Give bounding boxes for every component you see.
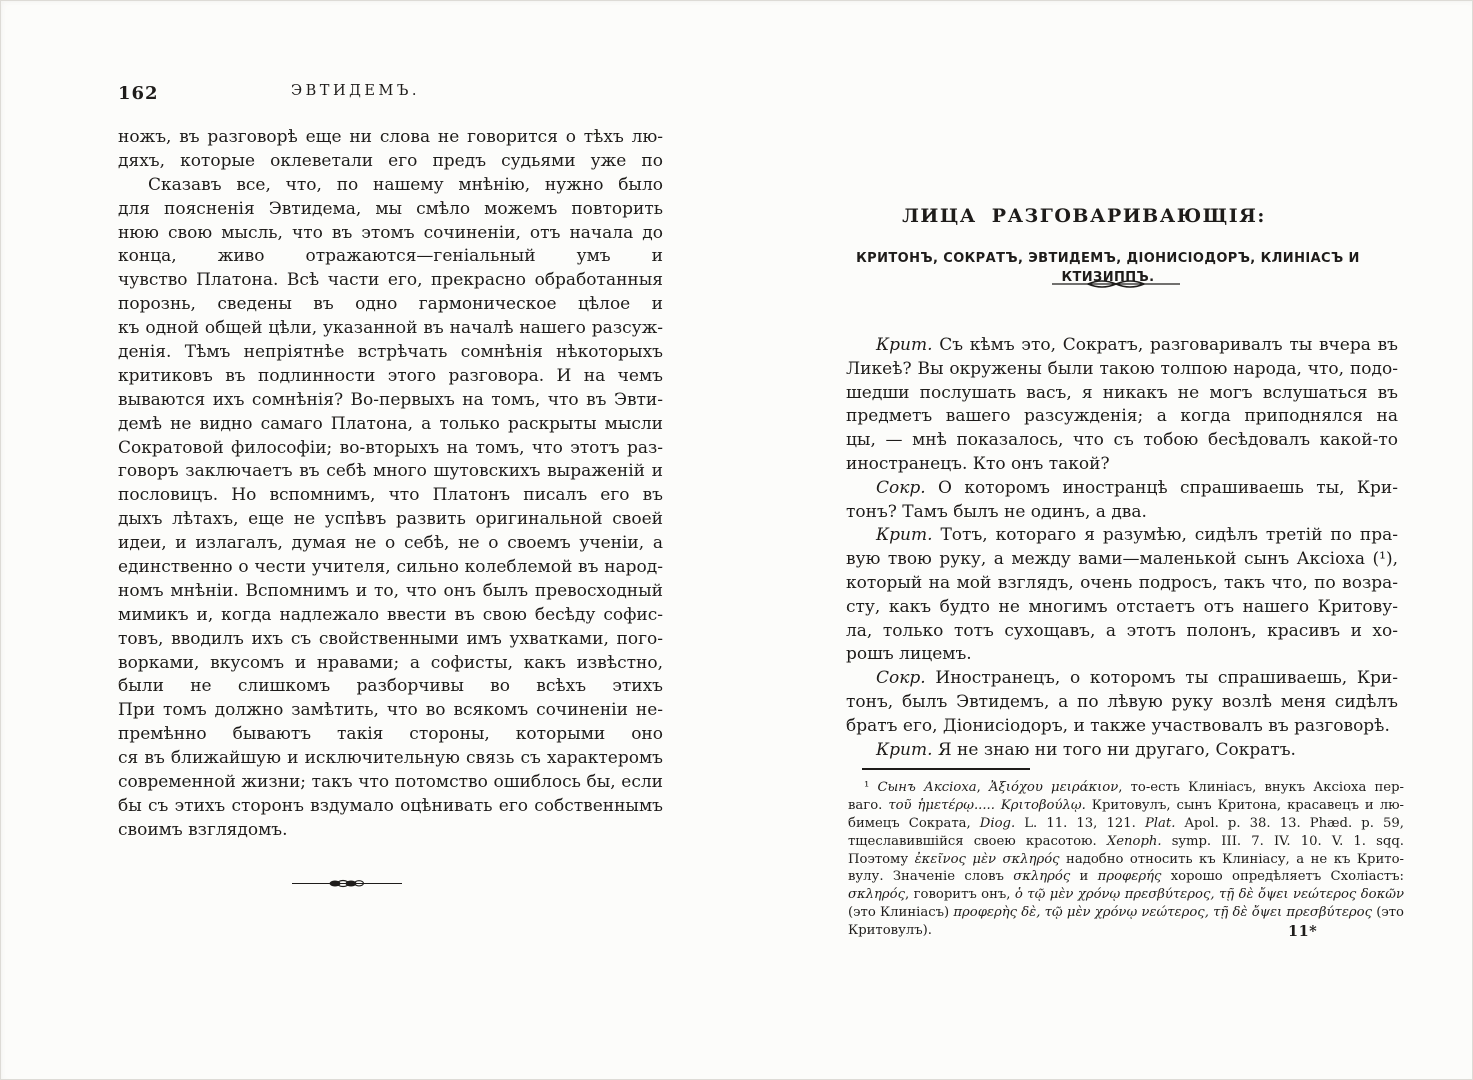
text-line: Сократовой философіи; во-вторыхъ на томъ… <box>118 437 663 461</box>
text-line: порознь, сведены въ одно гармоническое ц… <box>118 293 663 317</box>
left-page-header: 162 ЭВТИДЕМЪ. <box>118 83 663 107</box>
dialogue-line: братъ его, Діонисіодоръ, и также участво… <box>846 715 1398 739</box>
footnote-line: вулу. Значеніе словъ σκληρός и προφερής … <box>848 868 1404 886</box>
left-page-body-text: ножъ, въ разговорѣ еще ни слова не говор… <box>118 126 663 843</box>
text-line: дыхъ лѣтахъ, еще не успѣвъ развить ориги… <box>118 508 663 532</box>
text-line: номъ мнѣніи. Вспомнимъ и то, что онъ был… <box>118 580 663 604</box>
dialogue-line: Крит. Съ кѣмъ это, Сократъ, разговаривал… <box>846 334 1398 358</box>
dialogue-heading: ЛИЦА РАЗГОВАРИВАЮЩІЯ: <box>846 205 1398 227</box>
text-line: товъ, вводилъ ихъ съ свойственными имъ у… <box>118 628 663 652</box>
text-line: дяхъ, которые оклеветали его предъ судья… <box>118 150 663 174</box>
dialogue-line: Сокр. О которомъ иностранцѣ спрашиваешь … <box>846 477 1398 501</box>
signature-mark: 11* <box>1288 923 1317 940</box>
section-end-ornament <box>118 874 663 893</box>
dialogue-line: предметъ вашего разсужденія; а когда при… <box>846 405 1398 429</box>
text-line: нюю свою мысль, что въ этомъ сочиненіи, … <box>118 222 663 246</box>
text-line: современной жизни; такъ что потомство ош… <box>118 771 663 795</box>
double-lens-rule-ornament <box>1052 277 1180 291</box>
footnote-line: бимецъ Сократа, Diog. L. 11. 13, 121. Pl… <box>848 815 1404 833</box>
dialogue-line: Сокр. Иностранецъ, о которомъ ты спрашив… <box>846 667 1398 691</box>
footnote-line: тщеславившійся своею красотою. Xenoph. s… <box>848 833 1404 851</box>
text-line: демѣ не видно самаго Платона, а только р… <box>118 413 663 437</box>
footnote-line: σκληρός, говоритъ онъ, ὁ τῷ μὲν χρόνῳ πρ… <box>848 886 1404 904</box>
dialogue-line: сту, какъ будто не многимъ отстаетъ отъ … <box>846 596 1398 620</box>
text-line: вываются ихъ сомнѣнія? Во-первыхъ на том… <box>118 389 663 413</box>
text-line: Сказавъ все, что, по нашему мнѣнію, нужн… <box>118 174 663 198</box>
text-line: къ одной общей цѣли, указанной въ началѣ… <box>118 317 663 341</box>
heading-ornament <box>846 276 1398 295</box>
text-line: пословицъ. Но вспомнимъ, что Платонъ пис… <box>118 484 663 508</box>
footnote-line: Критовулъ). <box>848 922 1404 940</box>
text-line: бы съ этихъ сторонъ вздумало оцѣнивать е… <box>118 795 663 819</box>
footnote-line: ваго. τοῦ ἡμετέρῳ..... Κριτοβούλῳ. Крито… <box>848 797 1404 815</box>
text-line: говоръ заключаетъ въ себѣ много шутовски… <box>118 460 663 484</box>
dialogue-line: тонъ? Тамъ былъ не одинъ, а два. <box>846 501 1398 525</box>
dialogue-line: цы, — мнѣ показалось, что съ тобою бесѣд… <box>846 429 1398 453</box>
dialogue-line: тонъ, былъ Эвтидемъ, а по лѣвую руку воз… <box>846 691 1398 715</box>
text-line: идеи, и излагалъ, думая не о себѣ, не о … <box>118 532 663 556</box>
text-line: единственно о чести учителя, сильно коле… <box>118 556 663 580</box>
text-line: критиковъ въ подлинности этого разговора… <box>118 365 663 389</box>
dialogue-line: вую твою руку, а между вами—маленькой сы… <box>846 548 1398 572</box>
dialogue-line: Крит. Тотъ, котораго я разумѣю, сидѣлъ т… <box>846 524 1398 548</box>
dialogue-line: ла, только тотъ сухощавъ, а этотъ полонъ… <box>846 620 1398 644</box>
text-line: чувство Платона. Всѣ части его, прекрасн… <box>118 269 663 293</box>
footnote-line: Поэтому ἐκεῖνος μὲν σκληρός надобно отно… <box>848 851 1404 869</box>
text-line: ворками, вкусомъ и нравами; а софисты, к… <box>118 652 663 676</box>
text-line: для поясненія Эвтидема, мы смѣло можемъ … <box>118 198 663 222</box>
dialogue-body-text: Крит. Съ кѣмъ это, Сократъ, разговаривал… <box>846 334 1398 762</box>
text-line: премѣнно бываютъ такія стороны, которыми… <box>118 723 663 747</box>
dialogue-line: шедши послушать васъ, я никакъ не могъ в… <box>846 382 1398 406</box>
text-line: мимикъ и, когда надлежало ввести въ свою… <box>118 604 663 628</box>
book-spread-scan: { "colors": { "paper": "#fcfcfa", "ink":… <box>0 0 1473 1080</box>
footnote-separator <box>862 768 1030 770</box>
dialogue-line: рошъ лицемъ. <box>846 643 1398 667</box>
dialogue-line: Крит. Я не знаю ни того ни другаго, Сокр… <box>846 739 1398 763</box>
footnote-line: ¹ Сынъ Аксіоха, Ἀξιόχου μειράκιον, то-ес… <box>848 779 1404 797</box>
text-line: конца, живо отражаются—геніальный умъ и … <box>118 245 663 269</box>
dialogue-line: который на мой взглядъ, очень подросъ, т… <box>846 572 1398 596</box>
footnote-text: ¹ Сынъ Аксіоха, Ἀξιόχου μειράκιον, то-ес… <box>848 779 1404 940</box>
dialogue-line: иностранецъ. Кто онъ такой? <box>846 453 1398 477</box>
tapered-rule-ornament <box>290 877 404 889</box>
footnote-line: (это Клиніасъ) προφερὴς δὲ, τῷ μὲν χρόνῳ… <box>848 904 1404 922</box>
text-line: При томъ должно замѣтить, что во всякомъ… <box>118 699 663 723</box>
text-line: денія. Тѣмъ непріятнѣе встрѣчать сомнѣні… <box>118 341 663 365</box>
text-line: ся въ ближайшую и исключительную связь с… <box>118 747 663 771</box>
text-line: ножъ, въ разговорѣ еще ни слова не говор… <box>118 126 663 150</box>
dialogue-line: Ликеѣ? Вы окружены были такою толпою нар… <box>846 358 1398 382</box>
dialogue-heading-text: ЛИЦА РАЗГОВАРИВАЮЩІЯ: <box>902 205 1266 227</box>
running-header: ЭВТИДЕМЪ. <box>83 83 628 99</box>
text-line: своимъ взглядомъ. <box>118 819 663 843</box>
text-line: были не слишкомъ разборчивы во всѣхъ эти… <box>118 675 663 699</box>
